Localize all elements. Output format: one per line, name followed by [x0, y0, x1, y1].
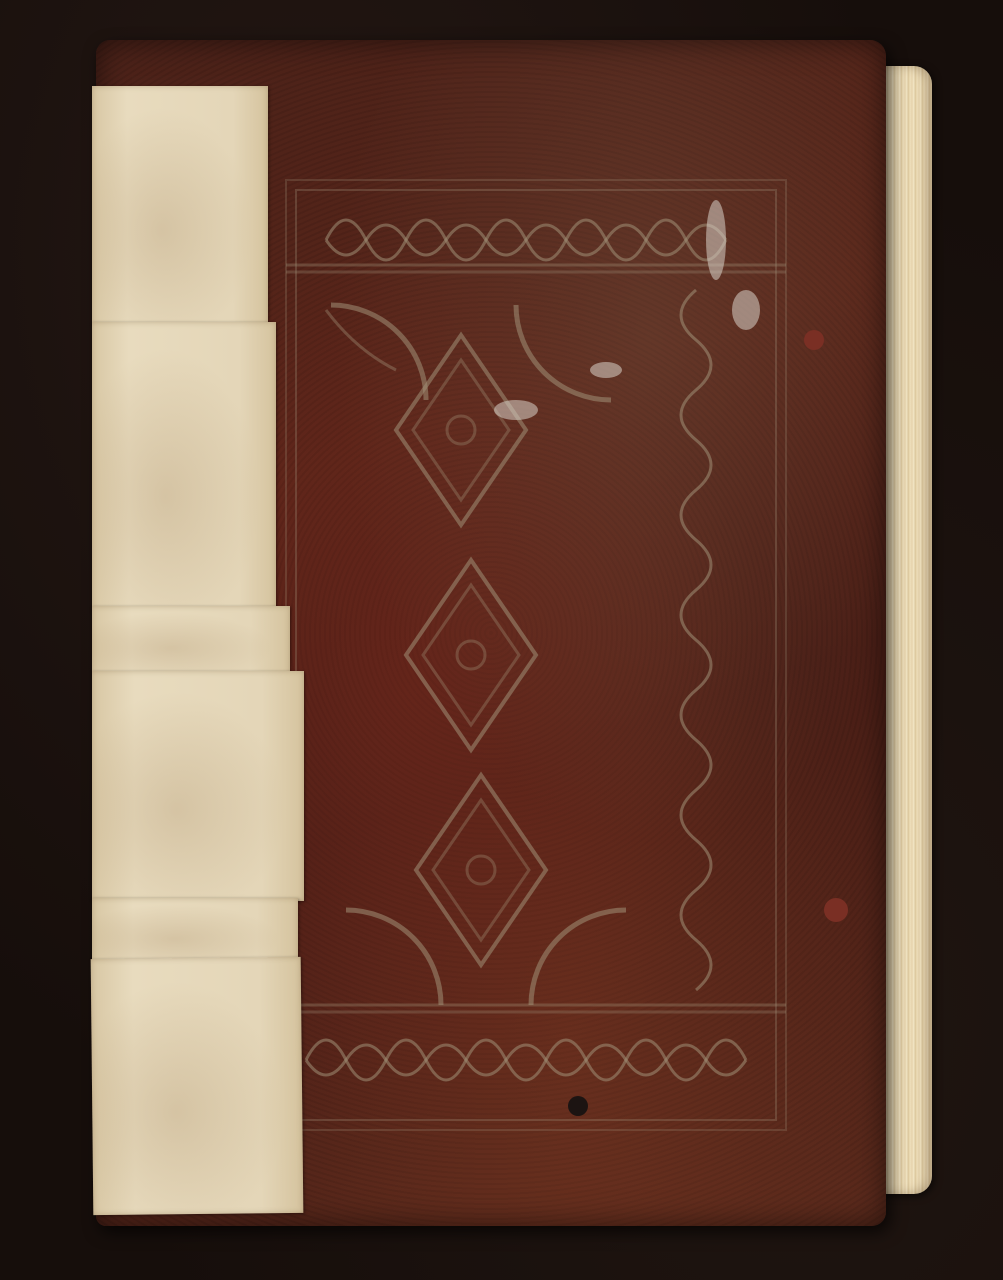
spine-strip	[92, 322, 276, 612]
spine-strip	[92, 606, 290, 676]
spine-strip	[92, 671, 304, 901]
paper-spine-repair	[92, 86, 302, 1216]
spine-strip	[92, 86, 268, 326]
spine-strip	[92, 898, 298, 966]
spine-strip	[91, 957, 304, 1215]
